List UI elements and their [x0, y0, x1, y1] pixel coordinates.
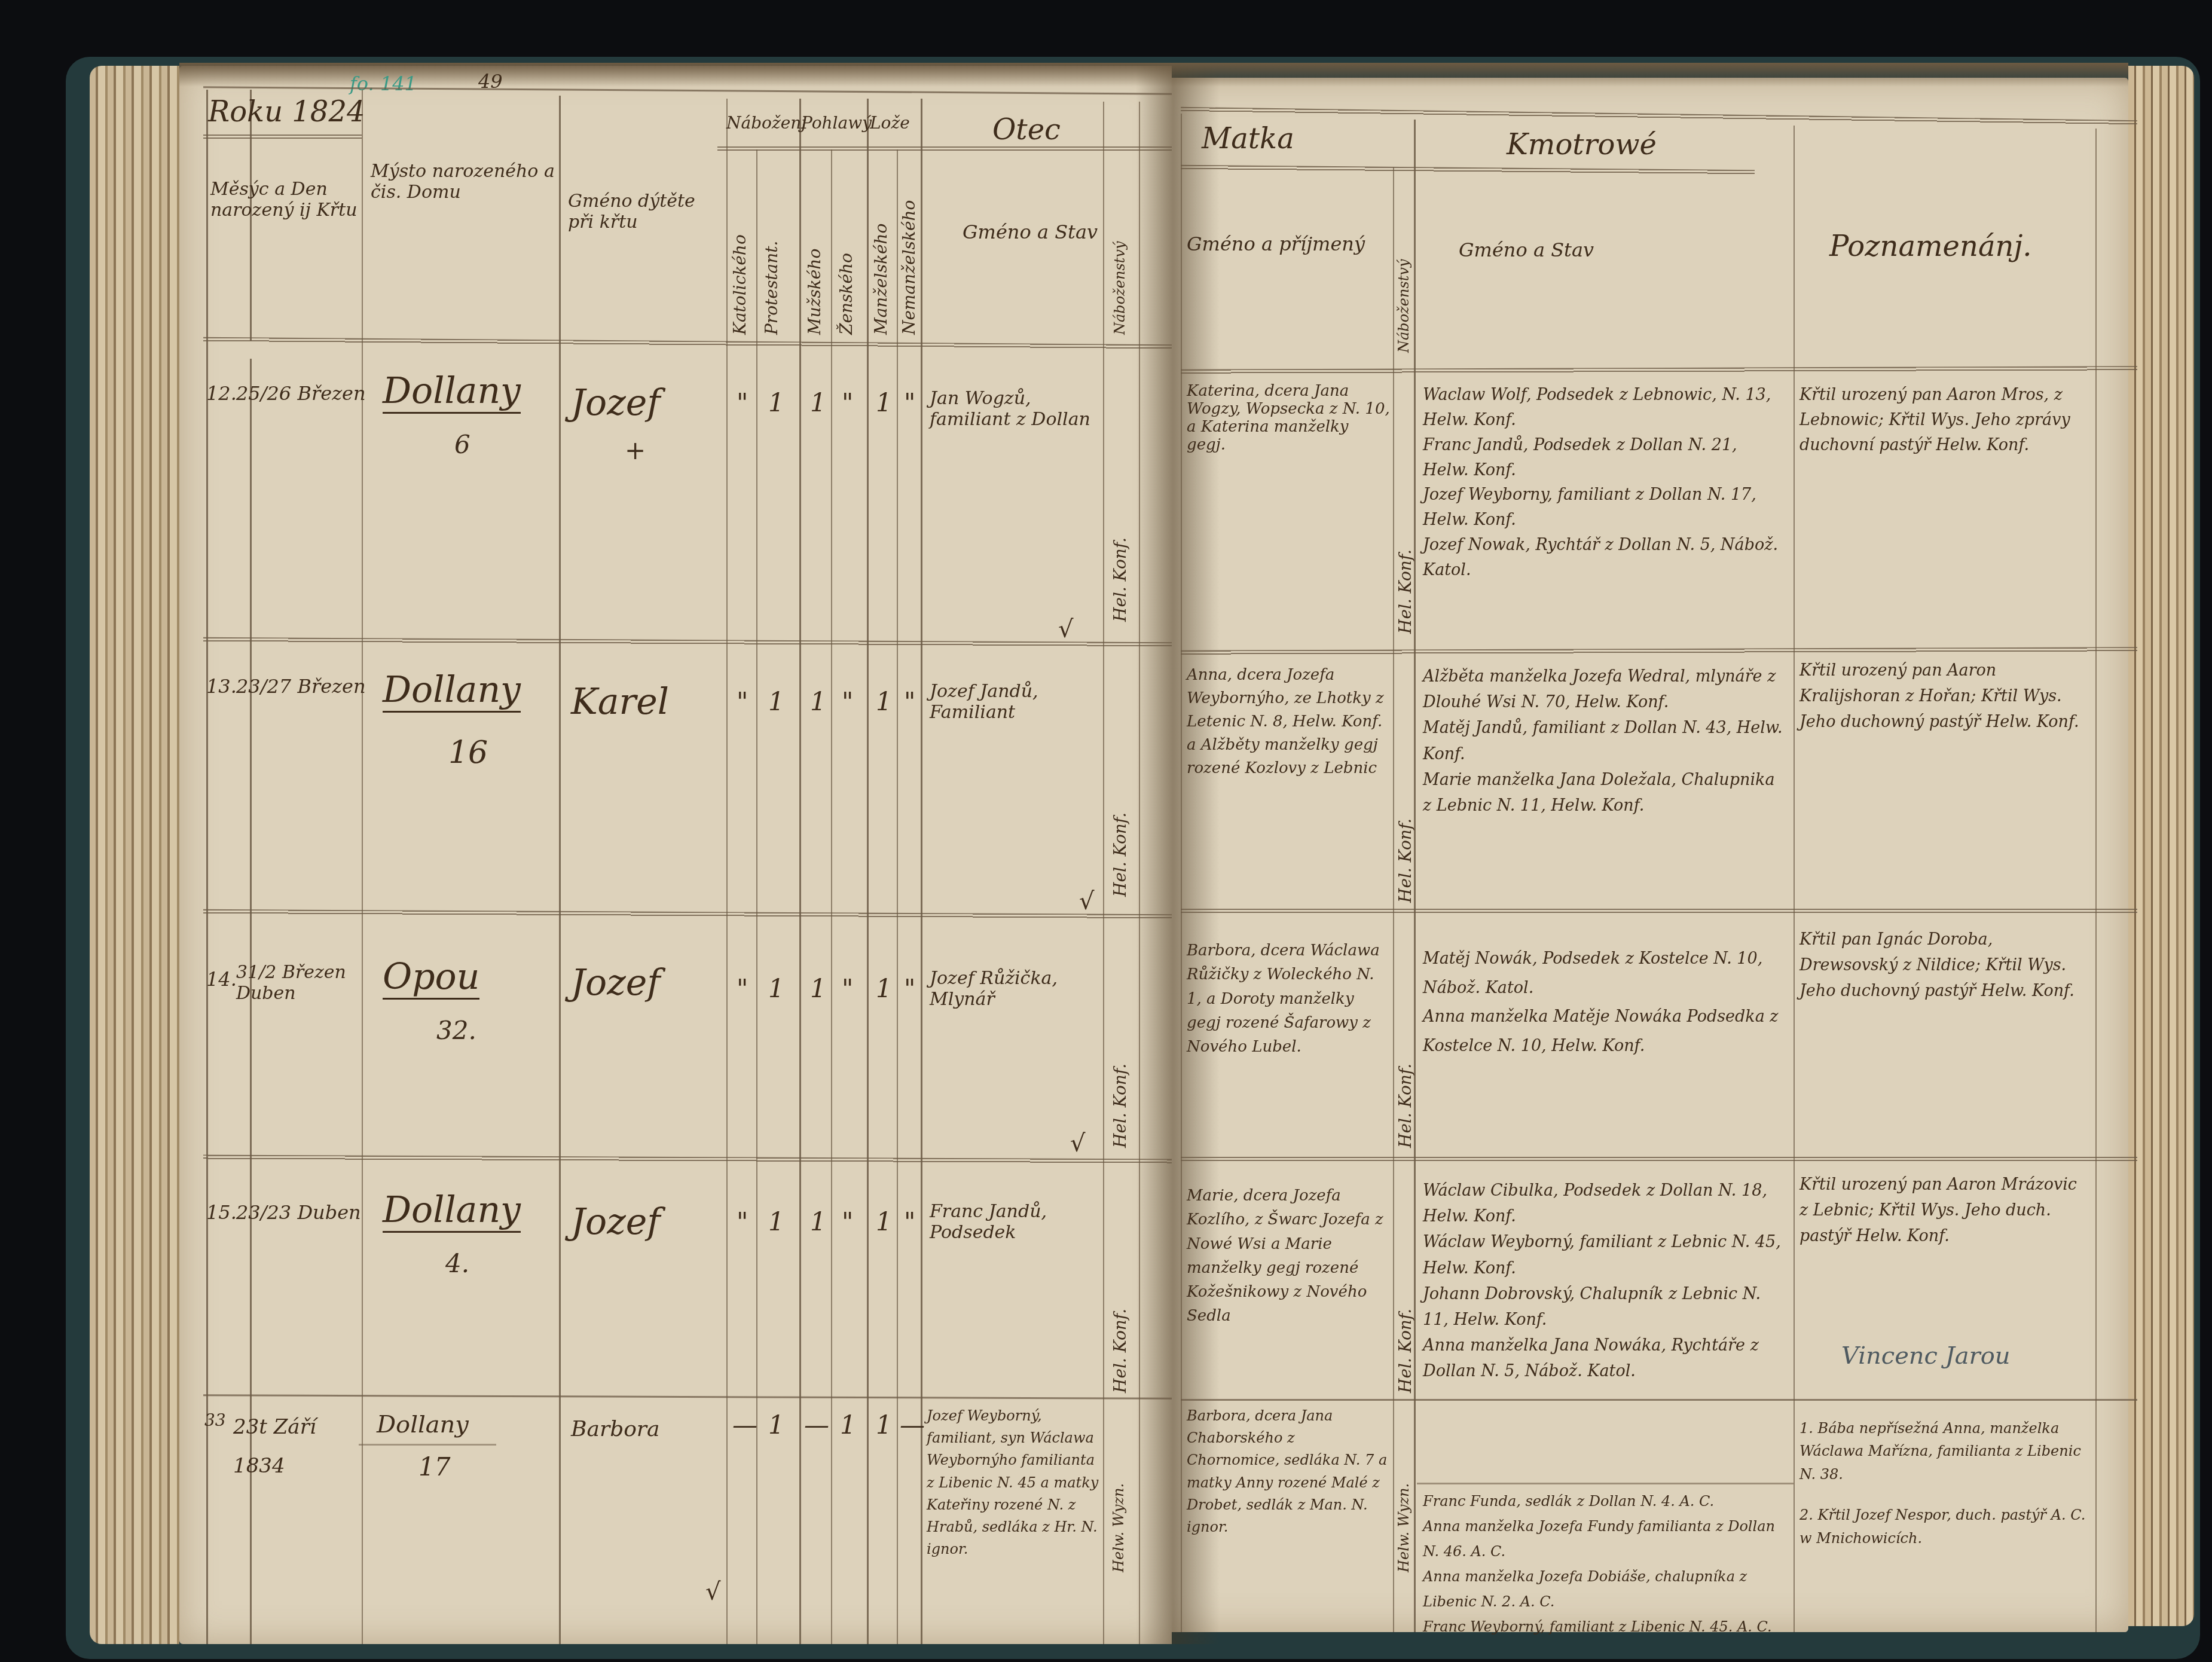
- col-line: [867, 99, 869, 1644]
- godparent: Alžběta manželka Jozefa Wedral, mlynáře …: [1423, 664, 1788, 715]
- mother: Barbora, dcera Jana Chaborského z Chorno…: [1187, 1405, 1390, 1538]
- col-line: [799, 99, 801, 1644]
- header-godparents-sub: Gméno a Stav: [1459, 239, 1594, 261]
- house-number: 17: [418, 1453, 450, 1481]
- child-name: Jozef: [571, 383, 661, 424]
- col-line: [1794, 126, 1795, 1632]
- godparent: Wáclaw Weyborný, familiant z Lebnic N. 4…: [1423, 1229, 1788, 1281]
- mother-religion: Hel. Konf.: [1396, 664, 1415, 903]
- mark-female: ": [842, 688, 853, 716]
- mark-legitimate: 1: [876, 1208, 892, 1236]
- mark-male: —: [804, 1411, 829, 1440]
- mark-male: 1: [810, 1208, 826, 1236]
- child-name: Jozef: [571, 1202, 661, 1243]
- mark-catholic: ": [737, 974, 748, 1003]
- header-sex: Pohlawý: [801, 114, 872, 133]
- house-number: 16: [448, 735, 488, 771]
- rule-row-3-right: [1181, 1157, 2137, 1162]
- mother: Marie, dcera Jozefa Kozlího, z Šwarc Joz…: [1187, 1184, 1390, 1328]
- birth-date: 31/2 Březen Duben: [236, 963, 356, 1004]
- birth-place: Dollany: [377, 1411, 469, 1438]
- check-mark: √: [705, 1578, 721, 1606]
- birth-place: Dollany: [383, 1190, 521, 1233]
- mark-male: 1: [810, 974, 826, 1003]
- header-father-religion: Náboženstvý: [1112, 179, 1129, 335]
- header-father-sub: Gméno a Stav: [963, 221, 1098, 243]
- pencil-note: Vincenc Jarou: [1841, 1342, 2011, 1370]
- birth-date: 23/27 Březen: [236, 676, 366, 698]
- col-line: [362, 90, 363, 1644]
- father: Jozef Růžička, Mlynář: [930, 969, 1100, 1010]
- mark-female: ": [842, 974, 853, 1003]
- row-number: 12.: [206, 383, 237, 405]
- header-father: Otec: [992, 114, 1061, 146]
- mark-illegitimate: ": [904, 389, 915, 417]
- col-line: [726, 99, 728, 1644]
- top-edge-stain: [179, 63, 2128, 87]
- col-line: [1393, 167, 1394, 1632]
- deceased-cross: +: [625, 436, 646, 465]
- header-illegitimate: Nemanželského: [900, 161, 919, 335]
- godparents: Alžběta manželka Jozefa Wedral, mlynáře …: [1423, 664, 1788, 818]
- mark-legitimate: 1: [876, 1411, 892, 1440]
- page-edges-left: [90, 66, 179, 1644]
- godparent: Waclaw Wolf, Podsedek z Lebnowic, N. 13,…: [1423, 383, 1788, 433]
- note-item: 1. Bába nepřísežná Anna, manželka Wáclaw…: [1799, 1417, 2092, 1486]
- mother: Anna, dcera Jozefa Weybornýho, ze Lhotky…: [1187, 664, 1390, 780]
- godparents: Matěj Nowák, Podsedek z Kostelce N. 10, …: [1423, 945, 1788, 1061]
- birth-place: Opou: [383, 957, 479, 1000]
- rule-row-2-right: [1181, 909, 2137, 914]
- father: Jozef Jandů, Familiant: [930, 682, 1100, 723]
- mother: Barbora, dcera Wáclawa Růžičky z Wolecké…: [1187, 939, 1390, 1059]
- mark-illegitimate: ": [904, 688, 915, 716]
- note-item: 2. Křtil Jozef Nespor, duch. pastýř A. C…: [1799, 1504, 2092, 1550]
- archive-mark: fo. 141: [350, 73, 417, 95]
- mark-protestant: 1: [768, 1411, 784, 1440]
- father-religion: Hel. Konf.: [1111, 1166, 1130, 1393]
- godparent: Anna manželka Jozefa Dobiáše, chalupníka…: [1423, 1564, 1788, 1614]
- father: Jozef Weyborný, familiant, syn Wáclawa W…: [927, 1405, 1100, 1560]
- birth-date: 25/26 Březen: [236, 383, 366, 405]
- header-mother-sub: Gméno a příjmený: [1187, 233, 1365, 255]
- mother-religion: Hel. Konf.: [1396, 383, 1415, 634]
- mark-illegitimate: ": [904, 1208, 915, 1236]
- child-name: Karel: [571, 682, 669, 723]
- mark-female: ": [842, 1208, 853, 1236]
- father: Jan Wogzů, familiant z Dollan: [930, 389, 1100, 430]
- godparent: Matěj Jandů, familiant z Dollan N. 43, H…: [1423, 715, 1788, 766]
- header-child-name: Gméno dýtěte při křtu: [568, 191, 723, 233]
- godparents: Franc Funda, sedlák z Dollan N. 4. A. C.…: [1423, 1489, 1788, 1639]
- header-religion: Náboženj: [726, 114, 806, 133]
- birth-place: Dollany: [383, 670, 521, 713]
- rule-row-4-right: [1181, 1399, 2137, 1401]
- header-mother: Matka: [1202, 123, 1294, 155]
- col-line: [1139, 102, 1140, 1644]
- col-line: [559, 96, 561, 1644]
- check-mark: √: [1058, 616, 1074, 643]
- mark-legitimate: 1: [876, 974, 892, 1003]
- mother-religion: Hel. Konf.: [1396, 1172, 1415, 1393]
- mark-catholic: —: [732, 1411, 757, 1440]
- father-religion: Helw. Wyzn.: [1111, 1405, 1128, 1572]
- col-line: [1103, 102, 1104, 1644]
- mother-religion: Helw. Wyzn.: [1396, 1405, 1413, 1572]
- place-underline: [359, 1444, 496, 1446]
- mark-illegitimate: —: [900, 1411, 925, 1440]
- header-catholic: Katolického: [731, 161, 750, 335]
- header-place: Mýsto narozeného a čis. Domu: [371, 161, 556, 203]
- birth-place: Dollany: [383, 371, 521, 414]
- house-number: 4.: [445, 1249, 469, 1278]
- row-number: 13.: [206, 676, 237, 698]
- col-line: [897, 149, 898, 1644]
- godparent: Matěj Nowák, Podsedek z Kostelce N. 10, …: [1423, 945, 1788, 1003]
- header-legitimate: Manželského: [872, 161, 891, 335]
- row-number: 33: [204, 1411, 226, 1430]
- godparents: Waclaw Wolf, Podsedek z Lebnowic, N. 13,…: [1423, 383, 1788, 583]
- godparents: Wáclaw Cibulka, Podsedek z Dollan N. 18,…: [1423, 1178, 1788, 1385]
- godparent: Franc Funda, sedlák z Dollan N. 4. A. C.: [1423, 1489, 1788, 1514]
- row-number: 15.: [206, 1202, 237, 1224]
- godparent: Anna manželka Matěje Nowáka Podsedka z K…: [1423, 1003, 1788, 1061]
- mark-legitimate: 1: [876, 389, 892, 417]
- godparent: Johann Dobrovský, Chalupník z Lebnic N. …: [1423, 1281, 1788, 1333]
- col-line: [2095, 129, 2097, 1632]
- col-line: [1181, 114, 1182, 1632]
- mark-male: 1: [810, 389, 826, 417]
- father-religion: Hel. Konf.: [1111, 658, 1130, 897]
- mark-protestant: 1: [768, 1208, 784, 1236]
- mother-religion: Hel. Konf.: [1396, 921, 1415, 1148]
- godparent: Marie manželka Jana Doležala, Chalupnika…: [1423, 767, 1788, 818]
- header-protestant: Protestant.: [762, 161, 781, 335]
- mark-catholic: ": [737, 688, 748, 716]
- header-legitimacy: Lože: [870, 114, 910, 133]
- birth-date: 23t Září 1834: [233, 1408, 353, 1485]
- godparent: Jozef Weyborny, familiant z Dollan N. 17…: [1423, 482, 1788, 533]
- mark-protestant: 1: [768, 389, 784, 417]
- father-religion: Hel. Konf.: [1111, 371, 1130, 622]
- notes: Křtil pan Ignác Doroba, Drewsovský z Nil…: [1799, 927, 2086, 1004]
- godparent: Franc Weyborný, familiant z Libenic N. 4…: [1423, 1614, 1788, 1639]
- check-mark: √: [1079, 888, 1095, 915]
- godparent: Anna manželka Jana Nowáka, Rychtáře z Do…: [1423, 1333, 1788, 1384]
- rule-year: [203, 135, 362, 139]
- mark-female: ": [842, 389, 853, 417]
- child-name: Barbora: [571, 1417, 660, 1441]
- header-notes: Poznamenánj.: [1829, 230, 2032, 263]
- mother: Katerina, dcera Jana Wogzy, Wopsecka z N…: [1187, 383, 1390, 454]
- page-edges-right: [2128, 66, 2194, 1626]
- mark-female: 1: [840, 1411, 856, 1440]
- notes: Křtil urozený pan Aaron Mros, z Lebnowic…: [1799, 383, 2086, 458]
- check-mark: √: [1070, 1130, 1086, 1157]
- father: Franc Jandů, Podsedek: [930, 1202, 1100, 1243]
- godparent: Anna manželka Jozefa Fundy familianta z …: [1423, 1514, 1788, 1564]
- godparent-divider: [1417, 1483, 1794, 1484]
- header-mother-religion: Náboženstvý: [1396, 179, 1413, 353]
- header-date: Měsýc a Den narozený ij Křtu: [210, 179, 360, 221]
- notes: Křtil urozený pan Aaron Kralijshoran z H…: [1799, 658, 2086, 735]
- notes: Křtil urozený pan Aaron Mrázovic z Lebni…: [1799, 1172, 2086, 1249]
- child-name: Jozef: [571, 963, 661, 1004]
- header-male: Mužského: [805, 179, 824, 335]
- mark-protestant: 1: [768, 974, 784, 1003]
- birth-date: 23/23 Duben: [236, 1202, 361, 1224]
- godparent: Franc Jandů, Podsedek z Dollan N. 21, He…: [1423, 433, 1788, 483]
- notes: 1. Bába nepřísežná Anna, manželka Wáclaw…: [1799, 1417, 2092, 1550]
- mark-catholic: ": [737, 1208, 748, 1236]
- mark-protestant: 1: [768, 688, 784, 716]
- godparent: Jozef Nowak, Rychtář z Dollan N. 5, Nábo…: [1423, 533, 1788, 583]
- mark-catholic: ": [737, 389, 748, 417]
- header-female: Ženského: [837, 179, 856, 335]
- col-line: [831, 149, 832, 1644]
- header-godparents: Kmotrowé: [1507, 129, 1657, 161]
- house-number: 6: [454, 430, 470, 459]
- year-label: Roku 1824: [208, 96, 365, 129]
- row-number: 14.: [206, 969, 237, 991]
- godparent: Wáclaw Cibulka, Podsedek z Dollan N. 18,…: [1423, 1178, 1788, 1229]
- mark-legitimate: 1: [876, 688, 892, 716]
- mark-illegitimate: ": [904, 974, 915, 1003]
- father-religion: Hel. Konf.: [1111, 921, 1130, 1148]
- mark-male: 1: [810, 688, 826, 716]
- house-number: 32.: [436, 1016, 476, 1045]
